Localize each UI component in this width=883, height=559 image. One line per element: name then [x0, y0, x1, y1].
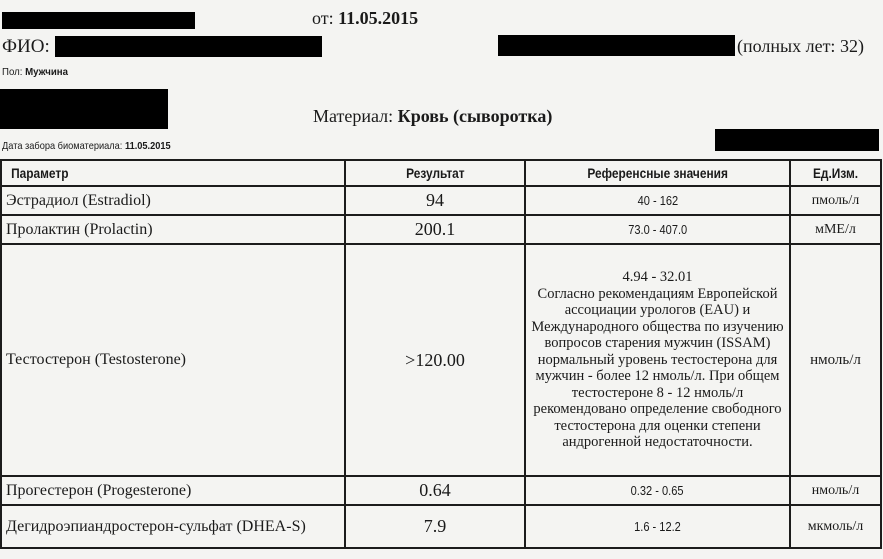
table-row: Дегидроэпиандростерон-сульфат (DHEA-S) 7… [1, 505, 881, 548]
unit-cell: нмоль/л [790, 476, 881, 505]
result-cell: 7.9 [345, 505, 525, 548]
result-cell: >120.00 [345, 244, 525, 476]
redacted-block-birthdate [498, 35, 735, 56]
result-cell: 200.1 [345, 215, 525, 244]
header-reference: Референсные значения [525, 160, 790, 186]
parameter-cell: Дегидроэпиандростерон-сульфат (DHEA-S) [1, 505, 345, 548]
reference-cell: 0.32 - 0.65 [525, 476, 790, 505]
table-row: Эстрадиол (Estradiol) 94 40 - 162 пмоль/… [1, 186, 881, 215]
redacted-block-right [715, 129, 879, 151]
sample-date: Дата забора биоматериала: 11.05.2015 [2, 140, 171, 152]
reference-cell: 1.6 - 12.2 [525, 505, 790, 548]
reference-cell: 73.0 - 407.0 [525, 215, 790, 244]
reference-cell: 4.94 - 32.01 Согласно рекомендациям Евро… [525, 244, 790, 476]
table-row: Прогестерон (Progesterone) 0.64 0.32 - 0… [1, 476, 881, 505]
result-cell: 94 [345, 186, 525, 215]
parameter-cell: Эстрадиол (Estradiol) [1, 186, 345, 215]
parameter-cell: Прогестерон (Progesterone) [1, 476, 345, 505]
material: Материал: Кровь (сыворотка) [313, 106, 552, 127]
report-date: от: 11.05.2015 [312, 8, 418, 29]
header-unit: Ед.Изм. [790, 160, 881, 186]
reference-range: 4.94 - 32.01 [530, 269, 785, 286]
redacted-block-fio [55, 36, 322, 57]
fio-label: ФИО: [2, 36, 50, 58]
reference-note: Согласно рекомендациям Европейской ассоц… [530, 286, 785, 451]
parameter-cell: Тестостерон (Testosterone) [1, 244, 345, 476]
table-row: Тестостерон (Testosterone) >120.00 4.94 … [1, 244, 881, 476]
parameter-cell: Пролактин (Prolactin) [1, 215, 345, 244]
redacted-block-logo [0, 89, 168, 129]
redacted-block-order-id [2, 12, 195, 29]
table-header-row: Параметр Результат Референсные значения … [1, 160, 881, 186]
table-row: Пролактин (Prolactin) 200.1 73.0 - 407.0… [1, 215, 881, 244]
unit-cell: нмоль/л [790, 244, 881, 476]
patient-age: (полных лет: 32) [737, 36, 864, 57]
unit-cell: пмоль/л [790, 186, 881, 215]
reference-cell: 40 - 162 [525, 186, 790, 215]
unit-cell: мМЕ/л [790, 215, 881, 244]
header-parameter: Параметр [1, 160, 345, 186]
results-table: Параметр Результат Референсные значения … [0, 159, 882, 549]
result-cell: 0.64 [345, 476, 525, 505]
unit-cell: мкмоль/л [790, 505, 881, 548]
patient-sex: Пол: Мужчина [2, 66, 68, 78]
header-result: Результат [345, 160, 525, 186]
